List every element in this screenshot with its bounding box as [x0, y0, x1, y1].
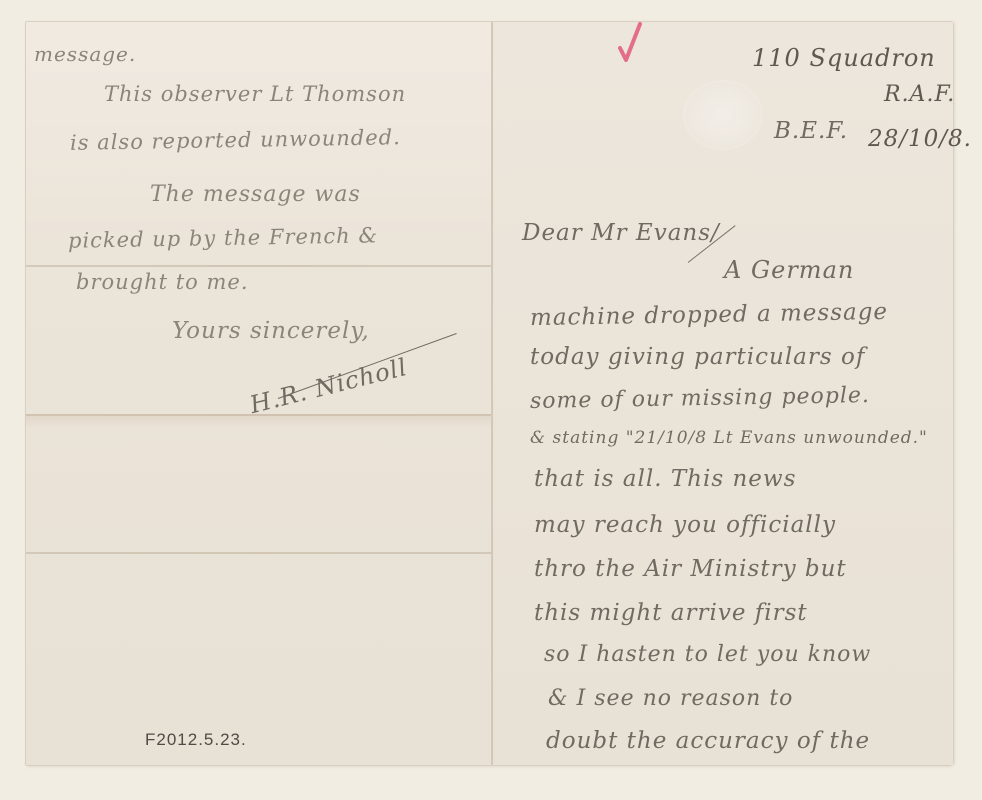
- catalog-number: F2012.5.23.: [145, 730, 247, 750]
- body-line-12: doubt the accuracy of the: [546, 728, 870, 754]
- left-line-1: message.: [34, 42, 136, 66]
- location: B.E.F.: [774, 118, 848, 144]
- letter-date: 28/10/8.: [868, 126, 972, 152]
- closing-yours-sincerely: Yours sincerely,: [172, 318, 370, 344]
- service-abbrev: R.A.F.: [884, 82, 955, 107]
- body-line-8: thro the Air Ministry but: [534, 556, 847, 582]
- check-mark-icon: [616, 22, 642, 62]
- embossed-seal-icon: [683, 80, 763, 150]
- left-line-6: brought to me.: [76, 270, 249, 294]
- body-line-7: may reach you officially: [534, 512, 836, 538]
- body-line-1: A German: [724, 256, 854, 284]
- body-line-11: & I see no reason to: [548, 686, 793, 711]
- fold-crease-lower: [26, 552, 491, 554]
- body-line-3: today giving particulars of: [530, 344, 865, 370]
- fold-crease-upper: [26, 265, 491, 267]
- center-fold: [491, 22, 493, 765]
- left-line-2: This observer Lt Thomson: [104, 82, 406, 106]
- body-line-9: this might arrive first: [534, 600, 808, 626]
- unit-name: 110 Squadron: [752, 44, 936, 72]
- salutation: Dear Mr Evans/: [522, 220, 720, 246]
- body-line-5: & stating "21/10/8 Lt Evans unwounded.": [530, 428, 928, 448]
- body-line-10: so I hasten to let you know: [544, 642, 871, 667]
- left-line-4: The message was: [150, 182, 361, 207]
- body-line-6: that is all. This news: [534, 466, 796, 492]
